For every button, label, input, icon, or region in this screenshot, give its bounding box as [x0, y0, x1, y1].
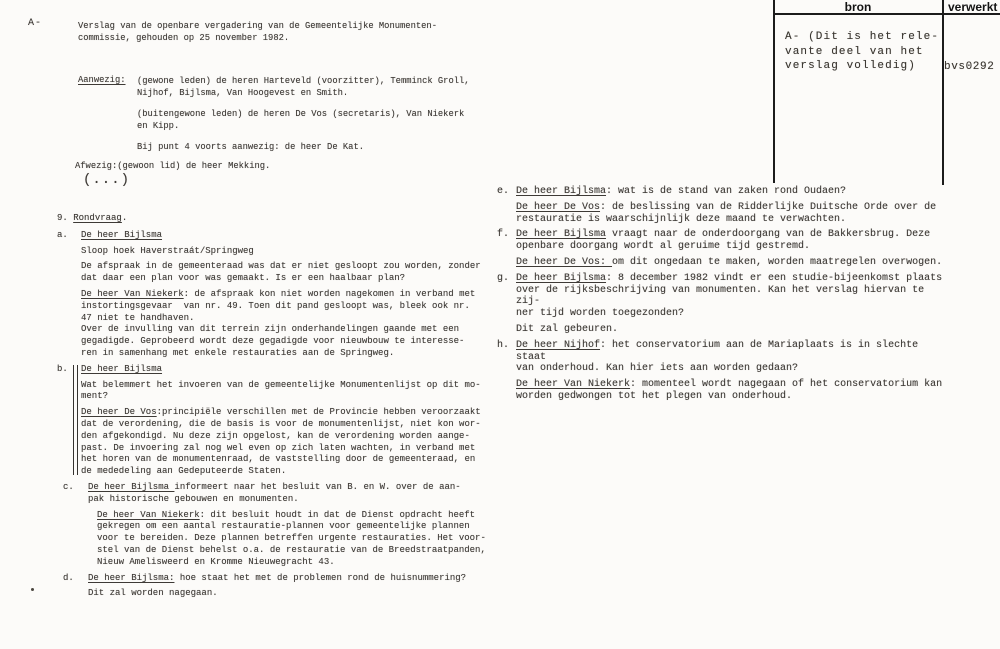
speaker-name: De heer Van Niekerk: [81, 289, 184, 299]
paragraph-text: Dit zal worden nagegaan.: [88, 588, 218, 598]
heading-number: 9.: [57, 213, 68, 223]
qa-section-c: c.De heer Bijlsma informeert naar het be…: [57, 482, 507, 569]
right-column: e.De heer Bijlsma: wat is de stand van z…: [497, 186, 945, 407]
qa-section-h: h.De heer Nijhof: het conservatorium aan…: [497, 340, 945, 403]
afwezig-label-text: Afwezig:: [75, 161, 117, 171]
table-line-vertical-right: [942, 0, 944, 185]
section-letter: b.: [57, 364, 68, 376]
speaker-paragraph: De heer Bijlsma informeert naar het besl…: [88, 482, 507, 506]
right-sections: e.De heer Bijlsma: wat is de stand van z…: [497, 186, 945, 403]
speaker-paragraph: De heer De Vos:principiële verschillen m…: [81, 407, 507, 478]
speaker-name: De heer Nijhof: [516, 340, 600, 351]
section-letter: c.: [63, 482, 74, 494]
aanwezig-label: Aanwezig:: [78, 75, 126, 85]
paragraph-text: Sloop hoek Haverstraát/Springweg: [81, 246, 254, 256]
speaker-name: De heer Bijlsma: [516, 273, 606, 284]
paragraph-text: om dit ongedaan te maken, worden maatreg…: [612, 257, 942, 268]
verwerkt-code: bvs0292: [944, 61, 994, 73]
attendance-group-extraordinary: (buitengewone leden) de heren De Vos (se…: [137, 108, 497, 132]
paragraph-text: : wat is de stand van zaken rond Oudaen?: [606, 186, 846, 197]
speaker-paragraph: De heer Van Niekerk: dit besluit houdt i…: [97, 510, 507, 569]
speaker-paragraph: De heer Van Niekerk: momenteel wordt nag…: [516, 379, 945, 403]
paragraph: Dit zal worden nagegaan.: [88, 588, 507, 600]
margin-emphasis-mark: [73, 365, 78, 475]
bron-note: A- (Dit is het rele- vante deel van het …: [785, 30, 939, 74]
speaker-paragraph: De heer Bijlsma vraagt naar de onderdoor…: [516, 229, 945, 253]
speaker-name: De heer Van Niekerk: [516, 379, 630, 390]
section-letter: e.: [497, 186, 509, 198]
attendance-group-regular: (gewone leden) de heren Harteveld (voorz…: [137, 75, 497, 99]
speaker-name: De heer Bijlsma: [516, 229, 606, 240]
ellipsis-mark: (...): [83, 172, 130, 188]
speaker-paragraph: De heer Bijlsma: [81, 230, 507, 242]
corner-mark: A-: [28, 18, 42, 29]
attendance-group-item4: Bij punt 4 voorts aanwezig: de heer De K…: [137, 141, 497, 153]
speaker-paragraph: De heer Bijlsma: [81, 364, 507, 376]
section-letter: f.: [497, 229, 509, 241]
qa-section-g: g.De heer Bijlsma: 8 december 1982 vindt…: [497, 273, 945, 336]
paragraph-text: hoe staat het met de problemen rond de h…: [174, 573, 466, 583]
verwerkt-header: verwerkt: [948, 0, 997, 14]
speaker-name: De heer Bijlsma: [88, 482, 174, 492]
paragraph-text: : de afspraak kon niet worden nagekomen …: [81, 289, 475, 358]
speaker-paragraph: De heer Bijlsma: wat is de stand van zak…: [516, 186, 945, 198]
section-letter: a.: [57, 230, 68, 242]
heading-suffix: .: [122, 213, 127, 223]
rondvraag-heading: 9. Rondvraag.: [57, 213, 507, 225]
afwezig-text: (gewoon lid) de heer Mekking.: [117, 161, 270, 171]
scanned-document-page: A- Verslag van de openbare vergadering v…: [0, 0, 1000, 649]
qa-section-d: d.De heer Bijlsma: hoe staat het met de …: [57, 573, 507, 601]
paragraph: Wat belemmert het invoeren van de gemeen…: [81, 380, 507, 404]
section-letter: d.: [63, 573, 74, 585]
qa-section-f: f.De heer Bijlsma vraagt naar de onderdo…: [497, 229, 945, 268]
speaker-name: De heer De Vos:: [516, 257, 612, 268]
speaker-name: De heer Bijlsma: [81, 364, 162, 374]
section-letter: h.: [497, 340, 509, 352]
intro-paragraph: Verslag van de openbare vergadering van …: [78, 20, 468, 44]
speaker-name: De heer De Vos: [81, 407, 157, 417]
qa-section-b: b.De heer BijlsmaWat belemmert het invoe…: [57, 364, 507, 478]
paragraph-text: Wat belemmert het invoeren van de gemeen…: [81, 380, 481, 402]
left-sections: a.De heer BijlsmaSloop hoek Haverstraát/…: [57, 230, 507, 600]
speaker-paragraph: De heer Bijlsma: 8 december 1982 vindt e…: [516, 273, 945, 320]
left-column: 9. Rondvraag. a.De heer BijlsmaSloop hoe…: [57, 213, 507, 604]
speaker-paragraph: De heer De Vos: de beslissing van de Rid…: [516, 202, 945, 226]
speaker-name: De heer De Vos: [516, 202, 600, 213]
bron-header: bron: [775, 0, 941, 14]
speaker-name: De heer Van Niekerk: [97, 510, 200, 520]
table-line-vertical-left: [773, 0, 775, 183]
paragraph-text: Dit zal gebeuren.: [516, 324, 618, 335]
speaker-name: De heer Bijlsma: [81, 230, 162, 240]
speaker-paragraph: De heer Nijhof: het conservatorium aan d…: [516, 340, 945, 375]
speaker-name: De heer Bijlsma: [516, 186, 606, 197]
heading-title: Rondvraag: [73, 213, 122, 223]
speaker-paragraph: De heer Van Niekerk: de afspraak kon nie…: [81, 289, 507, 360]
qa-section-e: e.De heer Bijlsma: wat is de stand van z…: [497, 186, 945, 225]
speaker-paragraph: De heer De Vos: om dit ongedaan te maken…: [516, 257, 945, 269]
speaker-paragraph: De heer Bijlsma: hoe staat het met de pr…: [88, 573, 507, 585]
paragraph: Dit zal gebeuren.: [516, 324, 945, 336]
ink-dot-artifact: [31, 588, 34, 591]
paragraph: De afspraak in de gemeenteraad was dat e…: [81, 261, 507, 285]
afwezig-line: Afwezig:(gewoon lid) de heer Mekking.: [75, 161, 270, 171]
paragraph-text: :principiële verschillen met de Provinci…: [81, 407, 481, 476]
qa-section-a: a.De heer BijlsmaSloop hoek Haverstraát/…: [57, 230, 507, 360]
attendance-groups: (gewone leden) de heren Harteveld (voorz…: [137, 75, 497, 162]
aanwezig-label-text: Aanwezig:: [78, 75, 126, 85]
paragraph-text: De afspraak in de gemeenteraad was dat e…: [81, 261, 481, 283]
paragraph: Sloop hoek Haverstraát/Springweg: [81, 246, 507, 258]
speaker-name: De heer Bijlsma:: [88, 573, 174, 583]
section-letter: g.: [497, 273, 509, 285]
